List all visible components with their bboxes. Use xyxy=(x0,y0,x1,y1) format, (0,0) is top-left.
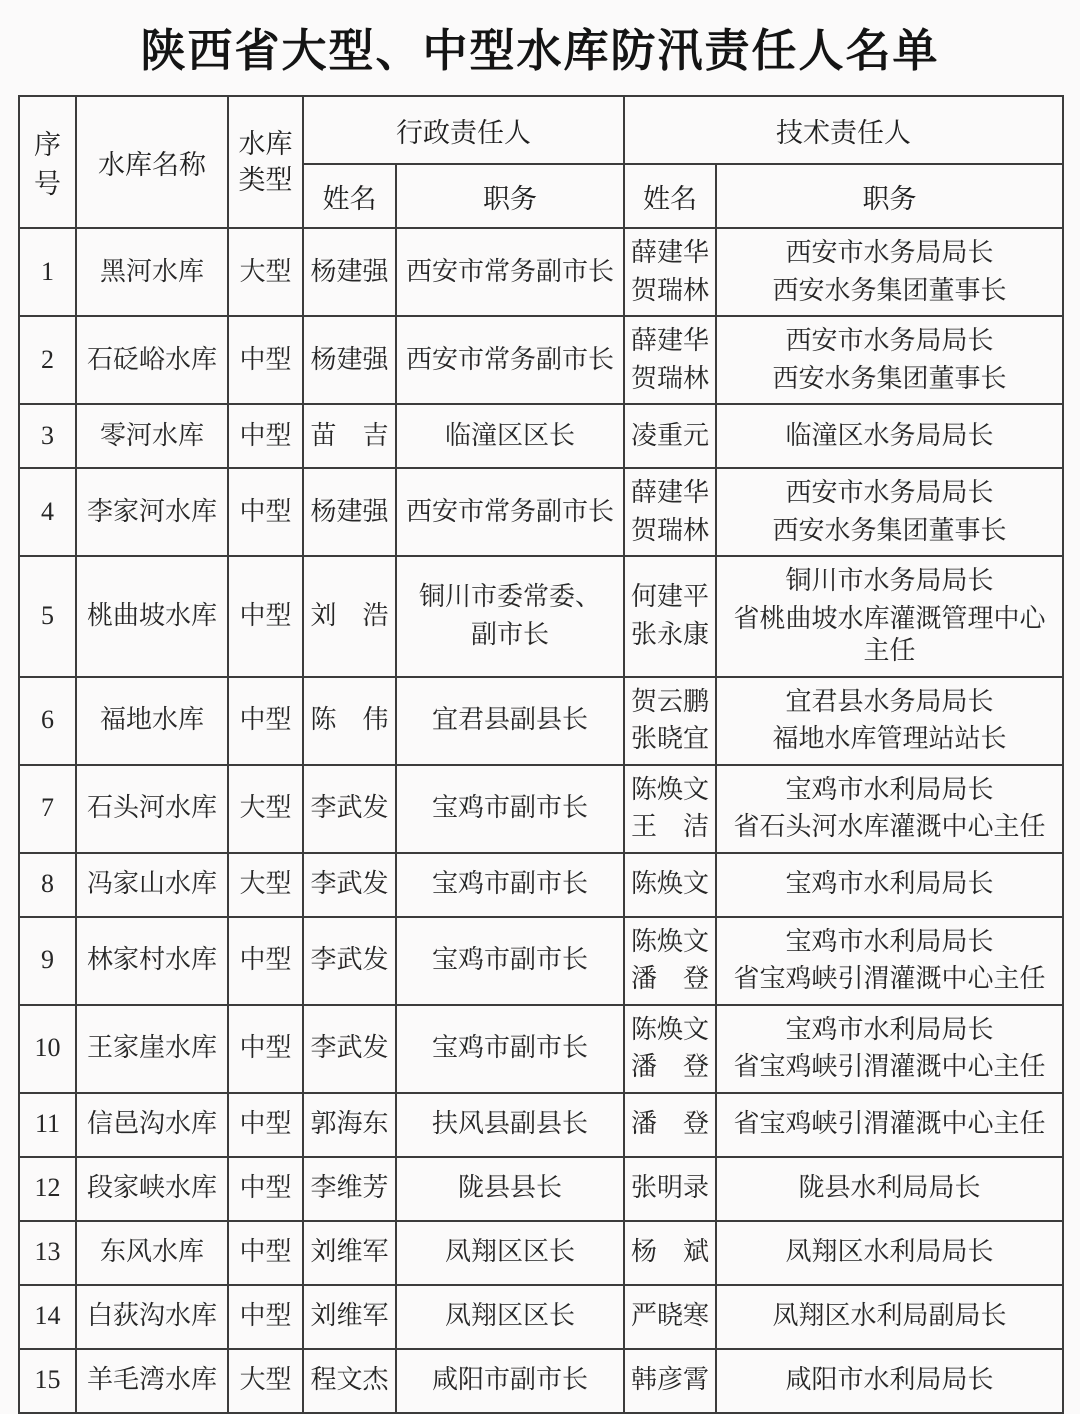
admin-duty-cell: 凤翔区区长 xyxy=(396,1285,624,1349)
serial-cell: 13 xyxy=(19,1221,76,1285)
tech-duty-cell-line: 铜川市水务局局长 xyxy=(722,565,1057,598)
reservoir-name-cell: 零河水库 xyxy=(76,404,228,468)
tech-name-cell-line: 韩彦霄 xyxy=(630,1364,710,1397)
reservoir-roster-table: 序号 水库名称 水库 类型 行政责任人 技术责任人 姓名 职务 姓名 职务 1黑… xyxy=(18,95,1064,1414)
admin-name-cell: 李武发 xyxy=(303,765,396,853)
tech-name-cell: 贺云鹏张晓宜 xyxy=(624,677,716,765)
admin-duty-cell-line: 西安市常务副市长 xyxy=(402,496,618,529)
serial-cell: 15 xyxy=(19,1349,76,1413)
admin-duty-cell-line: 西安市常务副市长 xyxy=(402,344,618,377)
serial-cell: 4 xyxy=(19,468,76,556)
tech-name-cell: 韩彦霄 xyxy=(624,1349,716,1413)
tech-name-cell-line: 严晓寒 xyxy=(630,1300,710,1333)
tech-name-cell: 凌重元 xyxy=(624,404,716,468)
tech-duty-cell-line: 西安水务集团董事长 xyxy=(722,515,1057,548)
table-header: 序号 水库名称 水库 类型 行政责任人 技术责任人 姓名 职务 姓名 职务 xyxy=(19,96,1063,228)
admin-name-cell: 杨建强 xyxy=(303,468,396,556)
serial-cell: 14 xyxy=(19,1285,76,1349)
reservoir-name-cell: 白荻沟水库 xyxy=(76,1285,228,1349)
tech-duty-cell: 陇县水利局局长 xyxy=(716,1157,1063,1221)
header-admin-duty: 职务 xyxy=(396,164,624,228)
tech-name-cell-line: 贺云鹏 xyxy=(630,686,710,719)
serial-cell: 2 xyxy=(19,316,76,404)
serial-cell: 12 xyxy=(19,1157,76,1221)
tech-name-cell-line: 贺瑞林 xyxy=(630,275,710,308)
header-reservoir-type: 水库 类型 xyxy=(228,96,303,228)
tech-name-cell: 陈焕文潘 登 xyxy=(624,917,716,1005)
table-row: 1黑河水库大型杨建强西安市常务副市长薛建华贺瑞林西安市水务局局长西安水务集团董事… xyxy=(19,228,1063,316)
tech-name-cell-line: 薛建华 xyxy=(630,237,710,270)
table-row: 8冯家山水库大型李武发宝鸡市副市长陈焕文宝鸡市水利局局长 xyxy=(19,853,1063,917)
tech-name-cell-line: 陈焕文 xyxy=(630,774,710,807)
reservoir-type-cell: 大型 xyxy=(228,765,303,853)
tech-name-cell-line: 陈焕文 xyxy=(630,926,710,959)
tech-name-cell-line: 张永康 xyxy=(630,619,710,652)
header-group-row: 序号 水库名称 水库 类型 行政责任人 技术责任人 xyxy=(19,96,1063,164)
serial-cell: 7 xyxy=(19,765,76,853)
admin-name-cell: 李武发 xyxy=(303,1005,396,1093)
table-row: 2石砭峪水库中型杨建强西安市常务副市长薛建华贺瑞林西安市水务局局长西安水务集团董… xyxy=(19,316,1063,404)
table-row: 7石头河水库大型李武发宝鸡市副市长陈焕文王 洁宝鸡市水利局局长省石头河水库灌溉中… xyxy=(19,765,1063,853)
admin-name-cell: 刘维军 xyxy=(303,1285,396,1349)
admin-name-cell: 杨建强 xyxy=(303,316,396,404)
tech-duty-cell-line: 宝鸡市水利局局长 xyxy=(722,774,1057,807)
tech-duty-cell: 宝鸡市水利局局长 xyxy=(716,853,1063,917)
admin-name-cell: 李武发 xyxy=(303,853,396,917)
reservoir-name-cell: 羊毛湾水库 xyxy=(76,1349,228,1413)
reservoir-type-cell: 中型 xyxy=(228,1157,303,1221)
tech-duty-cell-line: 西安市水务局局长 xyxy=(722,477,1057,510)
admin-duty-cell: 西安市常务副市长 xyxy=(396,228,624,316)
serial-cell: 9 xyxy=(19,917,76,1005)
header-tech-duty: 职务 xyxy=(716,164,1063,228)
reservoir-type-cell: 中型 xyxy=(228,556,303,677)
tech-duty-cell-line: 西安水务集团董事长 xyxy=(722,363,1057,396)
reservoir-type-cell: 中型 xyxy=(228,404,303,468)
tech-duty-cell-line: 宝鸡市水利局局长 xyxy=(722,868,1057,901)
tech-duty-cell-line: 省宝鸡峡引渭灌溉中心主任 xyxy=(722,1051,1057,1084)
tech-name-cell-line: 何建平 xyxy=(630,581,710,614)
serial-cell: 10 xyxy=(19,1005,76,1093)
tech-name-cell: 薛建华贺瑞林 xyxy=(624,468,716,556)
admin-duty-cell-line: 铜川市委常委、 xyxy=(402,581,618,614)
reservoir-name-cell: 信邑沟水库 xyxy=(76,1093,228,1157)
admin-name-cell: 郭海东 xyxy=(303,1093,396,1157)
tech-name-cell: 张明录 xyxy=(624,1157,716,1221)
reservoir-type-cell: 中型 xyxy=(228,316,303,404)
tech-name-cell: 严晓寒 xyxy=(624,1285,716,1349)
table-body: 1黑河水库大型杨建强西安市常务副市长薛建华贺瑞林西安市水务局局长西安水务集团董事… xyxy=(19,228,1063,1413)
admin-duty-cell: 扶风县副县长 xyxy=(396,1093,624,1157)
tech-name-cell-line: 贺瑞林 xyxy=(630,515,710,548)
admin-duty-cell-line: 临潼区区长 xyxy=(402,420,618,453)
admin-duty-cell: 西安市常务副市长 xyxy=(396,316,624,404)
tech-duty-cell-line: 宜君县水务局局长 xyxy=(722,686,1057,719)
serial-cell: 5 xyxy=(19,556,76,677)
tech-name-cell: 薛建华贺瑞林 xyxy=(624,228,716,316)
tech-duty-cell-line: 西安水务集团董事长 xyxy=(722,275,1057,308)
reservoir-type-cell: 中型 xyxy=(228,1221,303,1285)
tech-name-cell: 陈焕文王 洁 xyxy=(624,765,716,853)
tech-name-cell-line: 张明录 xyxy=(630,1172,710,1205)
admin-duty-cell-line: 咸阳市副市长 xyxy=(402,1364,618,1397)
serial-cell: 8 xyxy=(19,853,76,917)
reservoir-type-cell: 大型 xyxy=(228,1349,303,1413)
tech-duty-cell-line: 西安市水务局局长 xyxy=(722,325,1057,358)
tech-name-cell-line: 贺瑞林 xyxy=(630,363,710,396)
tech-duty-cell: 铜川市水务局局长省桃曲坡水库灌溉管理中心主任 xyxy=(716,556,1063,677)
tech-duty-cell: 西安市水务局局长西安水务集团董事长 xyxy=(716,316,1063,404)
admin-duty-cell-line: 扶风县副县长 xyxy=(402,1108,618,1141)
reservoir-name-cell: 石砭峪水库 xyxy=(76,316,228,404)
reservoir-name-cell: 黑河水库 xyxy=(76,228,228,316)
admin-duty-cell-line: 陇县县长 xyxy=(402,1172,618,1205)
tech-duty-cell-line: 福地水库管理站站长 xyxy=(722,723,1057,756)
tech-duty-cell-line: 咸阳市水利局局长 xyxy=(722,1364,1057,1397)
admin-duty-cell: 宝鸡市副市长 xyxy=(396,917,624,1005)
header-tech-name: 姓名 xyxy=(624,164,716,228)
reservoir-name-cell: 王家崖水库 xyxy=(76,1005,228,1093)
serial-cell: 11 xyxy=(19,1093,76,1157)
admin-duty-cell: 西安市常务副市长 xyxy=(396,468,624,556)
admin-name-cell: 苗 吉 xyxy=(303,404,396,468)
admin-duty-cell: 铜川市委常委、副市长 xyxy=(396,556,624,677)
tech-duty-cell-line: 凤翔区水利局副局长 xyxy=(722,1300,1057,1333)
table-row: 10王家崖水库中型李武发宝鸡市副市长陈焕文潘 登宝鸡市水利局局长省宝鸡峡引渭灌溉… xyxy=(19,1005,1063,1093)
reservoir-name-cell: 李家河水库 xyxy=(76,468,228,556)
admin-duty-cell-line: 宝鸡市副市长 xyxy=(402,1032,618,1065)
admin-name-cell: 李维芳 xyxy=(303,1157,396,1221)
admin-duty-cell: 宝鸡市副市长 xyxy=(396,765,624,853)
table-row: 4李家河水库中型杨建强西安市常务副市长薛建华贺瑞林西安市水务局局长西安水务集团董… xyxy=(19,468,1063,556)
table-row: 6福地水库中型陈 伟宜君县副县长贺云鹏张晓宜宜君县水务局局长福地水库管理站站长 xyxy=(19,677,1063,765)
admin-duty-cell: 宜君县副县长 xyxy=(396,677,624,765)
admin-duty-cell-line: 西安市常务副市长 xyxy=(402,256,618,289)
admin-name-cell: 李武发 xyxy=(303,917,396,1005)
admin-duty-cell: 宝鸡市副市长 xyxy=(396,853,624,917)
tech-name-cell: 薛建华贺瑞林 xyxy=(624,316,716,404)
admin-name-cell: 陈 伟 xyxy=(303,677,396,765)
table-row: 5桃曲坡水库中型刘 浩铜川市委常委、副市长何建平张永康铜川市水务局局长省桃曲坡水… xyxy=(19,556,1063,677)
tech-name-cell-line: 薛建华 xyxy=(630,325,710,358)
header-admin-name: 姓名 xyxy=(303,164,396,228)
admin-duty-cell: 咸阳市副市长 xyxy=(396,1349,624,1413)
tech-duty-cell-line: 省宝鸡峡引渭灌溉中心主任 xyxy=(722,963,1057,996)
reservoir-name-cell: 冯家山水库 xyxy=(76,853,228,917)
table-row: 9林家村水库中型李武发宝鸡市副市长陈焕文潘 登宝鸡市水利局局长省宝鸡峡引渭灌溉中… xyxy=(19,917,1063,1005)
header-admin-group: 行政责任人 xyxy=(303,96,624,164)
table-row: 13东风水库中型刘维军凤翔区区长杨 斌凤翔区水利局局长 xyxy=(19,1221,1063,1285)
tech-duty-cell: 省宝鸡峡引渭灌溉中心主任 xyxy=(716,1093,1063,1157)
admin-duty-cell-line: 宝鸡市副市长 xyxy=(402,868,618,901)
admin-duty-cell: 凤翔区区长 xyxy=(396,1221,624,1285)
tech-duty-cell: 宜君县水务局局长福地水库管理站站长 xyxy=(716,677,1063,765)
header-tech-group: 技术责任人 xyxy=(624,96,1063,164)
tech-duty-cell: 宝鸡市水利局局长省石头河水库灌溉中心主任 xyxy=(716,765,1063,853)
reservoir-name-cell: 林家村水库 xyxy=(76,917,228,1005)
admin-name-cell: 程文杰 xyxy=(303,1349,396,1413)
reservoir-type-cell: 中型 xyxy=(228,468,303,556)
reservoir-name-cell: 福地水库 xyxy=(76,677,228,765)
admin-name-cell: 刘维军 xyxy=(303,1221,396,1285)
reservoir-type-cell: 中型 xyxy=(228,917,303,1005)
tech-duty-cell: 临潼区水务局局长 xyxy=(716,404,1063,468)
admin-duty-cell-line: 宝鸡市副市长 xyxy=(402,944,618,977)
reservoir-name-cell: 石头河水库 xyxy=(76,765,228,853)
admin-name-cell: 刘 浩 xyxy=(303,556,396,677)
tech-name-cell: 杨 斌 xyxy=(624,1221,716,1285)
tech-duty-cell-line: 省石头河水库灌溉中心主任 xyxy=(722,811,1057,844)
tech-name-cell-line: 潘 登 xyxy=(630,1051,710,1084)
tech-name-cell-line: 潘 登 xyxy=(630,1108,710,1141)
tech-name-cell: 潘 登 xyxy=(624,1093,716,1157)
tech-duty-cell-line: 宝鸡市水利局局长 xyxy=(722,926,1057,959)
reservoir-type-cell: 中型 xyxy=(228,1093,303,1157)
tech-name-cell: 陈焕文潘 登 xyxy=(624,1005,716,1093)
admin-duty-cell-line: 副市长 xyxy=(402,619,618,652)
tech-name-cell-line: 杨 斌 xyxy=(630,1236,710,1269)
tech-duty-cell: 西安市水务局局长西安水务集团董事长 xyxy=(716,468,1063,556)
header-serial: 序号 xyxy=(19,96,76,228)
serial-cell: 3 xyxy=(19,404,76,468)
reservoir-name-cell: 东风水库 xyxy=(76,1221,228,1285)
tech-duty-cell: 咸阳市水利局局长 xyxy=(716,1349,1063,1413)
tech-name-cell-line: 潘 登 xyxy=(630,963,710,996)
tech-duty-cell-line: 凤翔区水利局局长 xyxy=(722,1236,1057,1269)
tech-duty-cell: 凤翔区水利局局长 xyxy=(716,1221,1063,1285)
reservoir-name-cell: 段家峡水库 xyxy=(76,1157,228,1221)
table-row: 11信邑沟水库中型郭海东扶风县副县长潘 登省宝鸡峡引渭灌溉中心主任 xyxy=(19,1093,1063,1157)
tech-duty-cell: 西安市水务局局长西安水务集团董事长 xyxy=(716,228,1063,316)
header-reservoir-name: 水库名称 xyxy=(76,96,228,228)
reservoir-name-cell: 桃曲坡水库 xyxy=(76,556,228,677)
page-title: 陕西省大型、中型水库防汛责任人名单 xyxy=(0,0,1080,79)
admin-duty-cell-line: 凤翔区区长 xyxy=(402,1236,618,1269)
admin-duty-cell: 宝鸡市副市长 xyxy=(396,1005,624,1093)
reservoir-type-cell: 中型 xyxy=(228,1005,303,1093)
table-row: 14白荻沟水库中型刘维军凤翔区区长严晓寒凤翔区水利局副局长 xyxy=(19,1285,1063,1349)
reservoir-type-cell: 中型 xyxy=(228,677,303,765)
tech-name-cell-line: 王 洁 xyxy=(630,811,710,844)
header-reservoir-type-line2: 类型 xyxy=(234,162,297,198)
admin-duty-cell: 陇县县长 xyxy=(396,1157,624,1221)
reservoir-type-cell: 大型 xyxy=(228,228,303,316)
admin-name-cell: 杨建强 xyxy=(303,228,396,316)
admin-duty-cell: 临潼区区长 xyxy=(396,404,624,468)
table-row: 15羊毛湾水库大型程文杰咸阳市副市长韩彦霄咸阳市水利局局长 xyxy=(19,1349,1063,1413)
tech-name-cell-line: 陈焕文 xyxy=(630,868,710,901)
tech-name-cell: 何建平张永康 xyxy=(624,556,716,677)
admin-duty-cell-line: 宝鸡市副市长 xyxy=(402,792,618,825)
tech-duty-cell-line: 省桃曲坡水库灌溉管理中心主任 xyxy=(722,603,1057,668)
table-row: 12段家峡水库中型李维芳陇县县长张明录陇县水利局局长 xyxy=(19,1157,1063,1221)
reservoir-type-cell: 中型 xyxy=(228,1285,303,1349)
table-row: 3零河水库中型苗 吉临潼区区长凌重元临潼区水务局局长 xyxy=(19,404,1063,468)
tech-duty-cell-line: 临潼区水务局局长 xyxy=(722,420,1057,453)
admin-duty-cell-line: 凤翔区区长 xyxy=(402,1300,618,1333)
admin-duty-cell-line: 宜君县副县长 xyxy=(402,704,618,737)
tech-name-cell: 陈焕文 xyxy=(624,853,716,917)
reservoir-type-cell: 大型 xyxy=(228,853,303,917)
tech-duty-cell: 宝鸡市水利局局长省宝鸡峡引渭灌溉中心主任 xyxy=(716,917,1063,1005)
tech-name-cell-line: 薛建华 xyxy=(630,477,710,510)
tech-duty-cell-line: 陇县水利局局长 xyxy=(722,1172,1057,1205)
tech-name-cell-line: 陈焕文 xyxy=(630,1014,710,1047)
tech-duty-cell-line: 省宝鸡峡引渭灌溉中心主任 xyxy=(722,1108,1057,1141)
serial-cell: 1 xyxy=(19,228,76,316)
tech-duty-cell: 宝鸡市水利局局长省宝鸡峡引渭灌溉中心主任 xyxy=(716,1005,1063,1093)
header-reservoir-type-line1: 水库 xyxy=(234,126,297,162)
tech-duty-cell-line: 宝鸡市水利局局长 xyxy=(722,1014,1057,1047)
tech-name-cell-line: 张晓宜 xyxy=(630,723,710,756)
tech-duty-cell-line: 西安市水务局局长 xyxy=(722,237,1057,270)
tech-duty-cell: 凤翔区水利局副局长 xyxy=(716,1285,1063,1349)
tech-name-cell-line: 凌重元 xyxy=(630,420,710,453)
serial-cell: 6 xyxy=(19,677,76,765)
